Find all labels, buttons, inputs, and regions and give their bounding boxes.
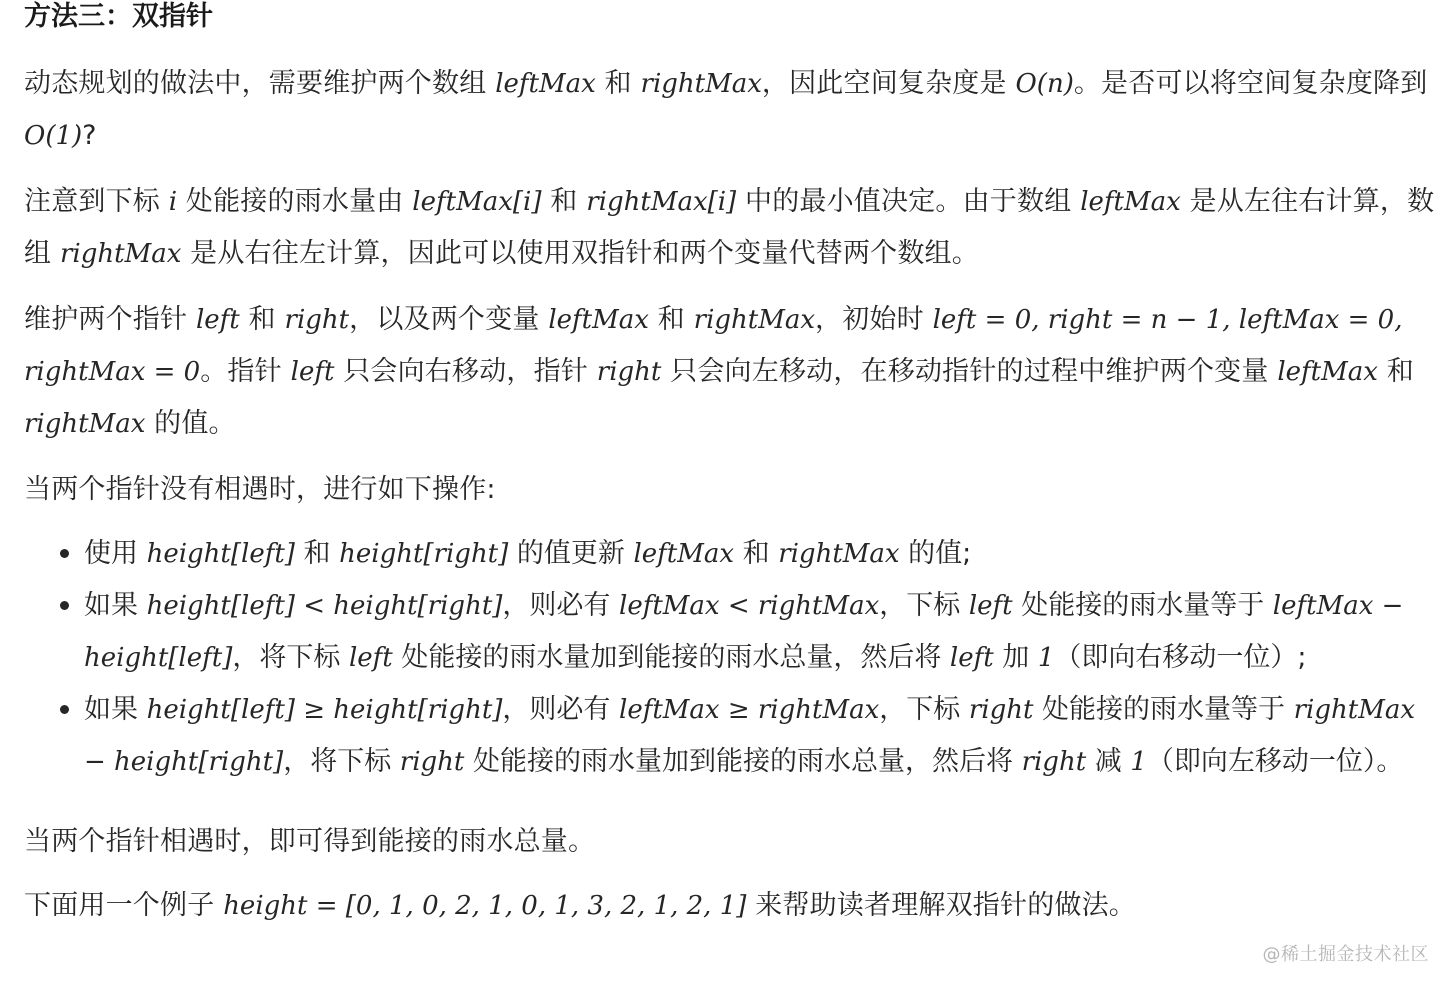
text: ，下标 — [879, 590, 969, 621]
math-height-right: height[right] — [339, 539, 508, 569]
math-right: right — [969, 695, 1034, 725]
text: 注意到下标 — [24, 186, 169, 217]
text: 使用 — [84, 538, 147, 569]
math-leftmax: leftMax — [1277, 357, 1378, 387]
text: 动态规划的做法中，需要维护两个数组 — [24, 68, 495, 99]
text: 和 — [649, 304, 694, 335]
math-left: left — [349, 643, 393, 673]
math-rightmax: rightMax — [24, 409, 145, 439]
paragraph-conclusion: 当两个指针相遇时，即可得到能接的雨水总量。 — [24, 816, 1444, 868]
math-right: right — [597, 357, 662, 387]
list-item: 使用 height[left] 和 height[right] 的值更新 lef… — [84, 528, 1444, 580]
text: 如果 — [84, 590, 147, 621]
math-right: right — [285, 305, 350, 335]
bullet-icon — [60, 601, 69, 610]
section-title: 方法三：双指针 — [24, 0, 1444, 40]
math-implication: leftMax ≥ rightMax — [619, 695, 879, 725]
math-i: i — [169, 187, 177, 217]
text: （即向左移动一位）。 — [1147, 746, 1404, 777]
math-height-left: height[left] — [147, 539, 295, 569]
text: 和 — [596, 68, 641, 99]
text: 加 — [994, 642, 1038, 673]
text: 。是否可以将空间复杂度降到 — [1074, 68, 1428, 99]
text: 和 — [734, 538, 778, 569]
paragraph-pointers: 维护两个指针 left 和 right，以及两个变量 leftMax 和 rig… — [24, 294, 1444, 450]
text: 是从右往左计算，因此可以使用双指针和两个变量代替两个数组。 — [181, 238, 979, 269]
math-implication: leftMax < rightMax — [619, 591, 879, 621]
bullet-icon — [60, 549, 69, 558]
paragraph-observation: 注意到下标 i 处能接的雨水量由 leftMax[i] 和 rightMax[i… — [24, 176, 1444, 280]
text: 和 — [295, 538, 339, 569]
article-body: 方法三：双指针 动态规划的做法中，需要维护两个数组 leftMax 和 righ… — [24, 0, 1444, 932]
text: 如果 — [84, 694, 147, 725]
math-leftmax-i: leftMax[i] — [412, 187, 541, 217]
text: 和 — [541, 186, 586, 217]
text: 处能接的雨水量等于 — [1013, 590, 1273, 621]
list-item: 如果 height[left] ≥ height[right]，则必有 left… — [84, 684, 1444, 788]
text: 处能接的雨水量等于 — [1033, 694, 1293, 725]
list-item: 如果 height[left] < height[right]，则必有 left… — [84, 580, 1444, 684]
paragraph-operations-intro: 当两个指针没有相遇时，进行如下操作: — [24, 464, 1444, 516]
math-leftmax: leftMax — [495, 69, 596, 99]
text: ，下标 — [879, 694, 969, 725]
math-rightmax: rightMax — [694, 305, 815, 335]
math-left: left — [196, 305, 240, 335]
math-rightmax: rightMax — [778, 539, 899, 569]
text: ，将下标 — [283, 746, 400, 777]
math-leftmax: leftMax — [633, 539, 734, 569]
text: 只会向左移动，在移动指针的过程中维护两个变量 — [661, 356, 1277, 387]
text: 只会向右移动，指针 — [334, 356, 596, 387]
math-condition: height[left] < height[right] — [147, 591, 503, 621]
text: 处能接的雨水量加到能接的雨水总量，然后将 — [393, 642, 950, 673]
math-left: left — [969, 591, 1013, 621]
text: 的值更新 — [508, 538, 633, 569]
math-leftmax: leftMax — [1080, 187, 1181, 217]
text: 维护两个指针 — [24, 304, 196, 335]
math-right: right — [1022, 747, 1087, 777]
math-rightmax: rightMax — [641, 69, 762, 99]
math-rightmax: rightMax — [60, 239, 181, 269]
text: 来帮助读者理解双指针的做法。 — [746, 890, 1136, 921]
math-left: left — [291, 357, 335, 387]
text: 下面用一个例子 — [24, 890, 223, 921]
text: ，初始时 — [815, 304, 933, 335]
text: 的值; — [900, 538, 972, 569]
text: ，将下标 — [232, 642, 349, 673]
text: ，则必有 — [502, 590, 619, 621]
text: 减 — [1086, 746, 1130, 777]
text: 处能接的雨水量加到能接的雨水总量，然后将 — [464, 746, 1021, 777]
text: 和 — [1378, 356, 1414, 387]
paragraph-example: 下面用一个例子 height = [0, 1, 0, 2, 1, 0, 1, 3… — [24, 880, 1444, 932]
operations-list: 使用 height[left] 和 height[right] 的值更新 lef… — [24, 528, 1444, 788]
text: 的值。 — [145, 408, 235, 439]
math-left: left — [950, 643, 994, 673]
math-condition: height[left] ≥ height[right] — [147, 695, 503, 725]
text: 和 — [240, 304, 285, 335]
math-one: 1 — [1038, 643, 1055, 673]
math-leftmax: leftMax — [548, 305, 649, 335]
math-right: right — [400, 747, 465, 777]
bullet-icon — [60, 705, 69, 714]
math-o-n: O(n) — [1015, 69, 1073, 99]
math-one: 1 — [1130, 747, 1147, 777]
text: ，因此空间复杂度是 — [762, 68, 1016, 99]
text: 中的最小值决定。由于数组 — [736, 186, 1080, 217]
text: 。指针 — [200, 356, 290, 387]
math-height-array: height = [0, 1, 0, 2, 1, 0, 1, 3, 2, 1, … — [223, 891, 746, 921]
text: （即向右移动一位）; — [1054, 642, 1306, 673]
text: ，以及两个变量 — [349, 304, 548, 335]
paragraph-space-complexity: 动态规划的做法中，需要维护两个数组 leftMax 和 rightMax，因此空… — [24, 58, 1444, 162]
text: ? — [82, 120, 97, 151]
text: 处能接的雨水量由 — [177, 186, 412, 217]
math-o-1: O(1) — [24, 121, 82, 151]
math-rightmax-i: rightMax[i] — [586, 187, 736, 217]
text: ，则必有 — [502, 694, 619, 725]
watermark: @稀土掘金技术社区 — [1263, 940, 1430, 966]
